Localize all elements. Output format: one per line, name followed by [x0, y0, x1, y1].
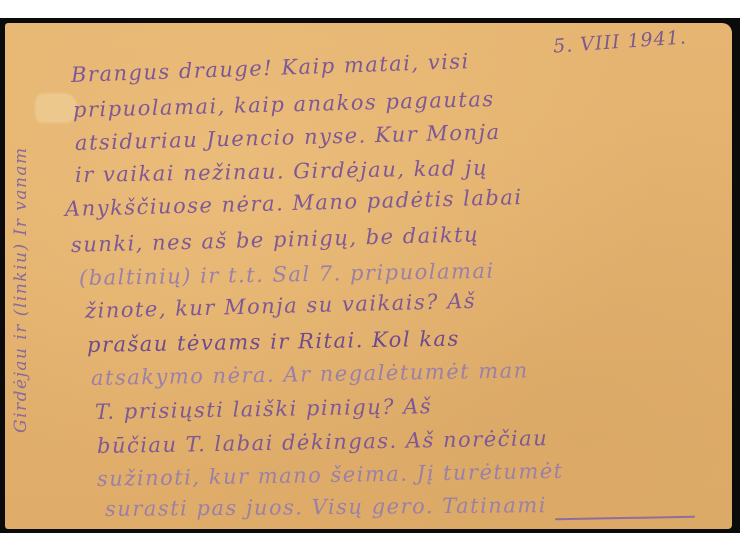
handwriting-line: (baltinių) ir t.t. Sal 7. pripuolamai — [79, 259, 495, 290]
handwriting-line: ir vaikai nežinau. Girdėjau, kad jų — [75, 156, 488, 187]
handwriting-line: pripuolamai, kaip anakos pagautas — [73, 87, 495, 122]
handwriting-line: sužinoti, kur mano šeima. Jį turėtumėt — [97, 459, 564, 491]
handwriting-line: T. prisiųsti laiški pinigų? Aš — [95, 394, 433, 424]
handwriting-line: atsiduriau Juencio nyse. Kur Monja — [75, 120, 501, 155]
handwriting-line: būčiau T. labai dėkingas. Aš norėčiau — [97, 426, 549, 458]
handwriting-line: sunki, nes aš be pinigų, be daiktų — [71, 222, 480, 257]
postcard: 5. VIII 1941. Brangus drauge! Kaip matai… — [5, 23, 732, 529]
handwriting-line: žinote, kur Monja su vaikais? Aš — [85, 289, 477, 323]
letter-date: 5. VIII 1941. — [552, 26, 687, 57]
handwriting-line: Anykščiuose nėra. Mano padėtis labai — [65, 185, 523, 221]
handwriting-line: surasti pas juos. Visų gero. Tatinami — [105, 493, 547, 521]
handwriting-line: atsakymo nėra. Ar negalėtumėt man — [91, 358, 529, 390]
handwriting-line: Brangus drauge! Kaip matai, visi — [71, 49, 471, 87]
signature-underline — [555, 516, 695, 520]
handwriting-line: prašau tėvams ir Ritai. Kol kas — [87, 326, 460, 357]
margin-note-vertical: Girdėjau ir (linkiu) Ir vanam — [11, 146, 31, 433]
paper-stain — [35, 93, 77, 123]
